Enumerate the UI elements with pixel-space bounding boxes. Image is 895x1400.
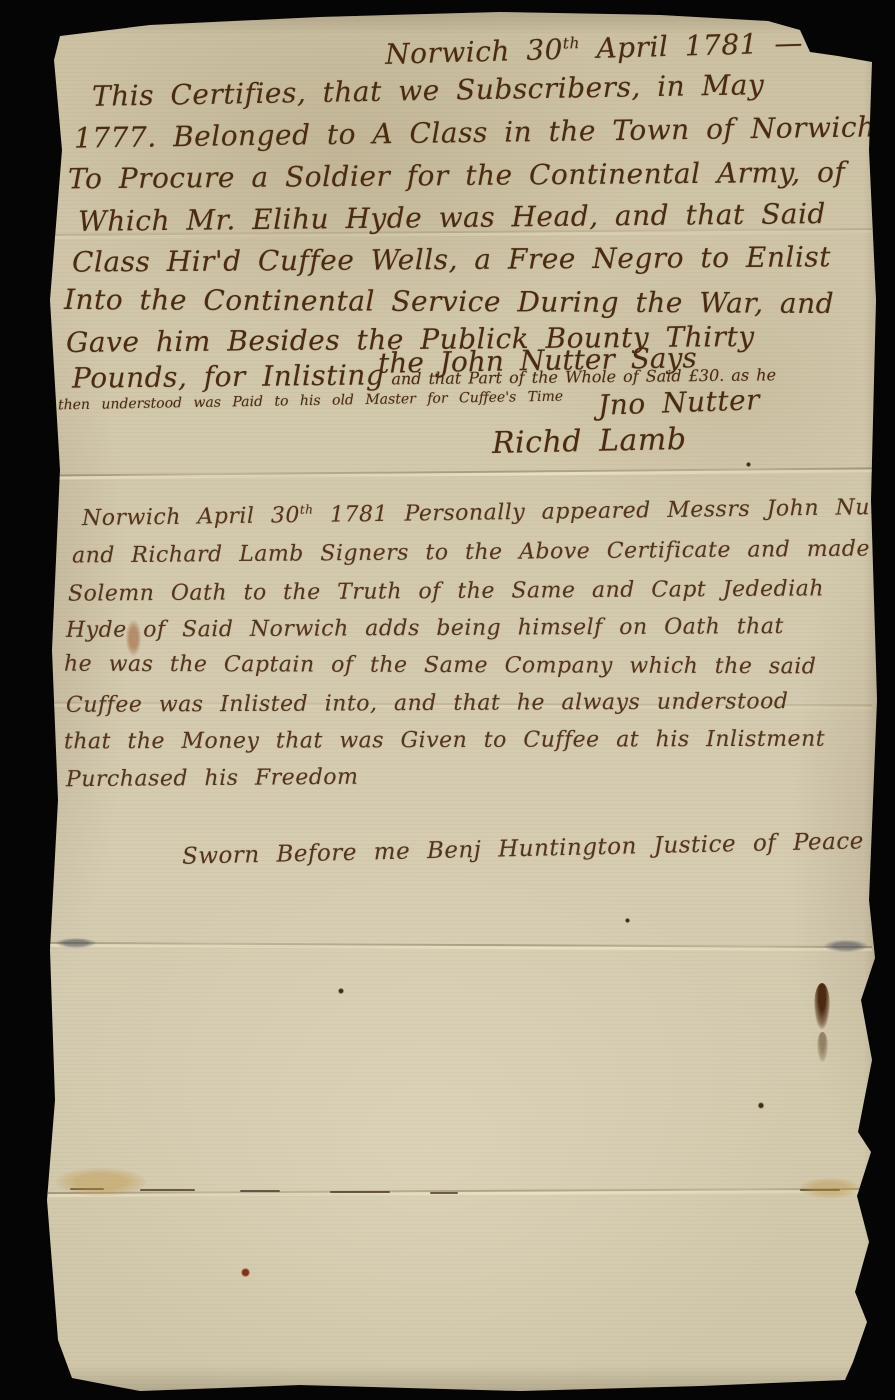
signature: Richd Lamb	[492, 422, 687, 461]
affidavit-date-rest: 1781 Personally appeared Messrs John Nut…	[313, 495, 895, 528]
crease-mark	[330, 1191, 390, 1193]
manuscript-line: Hyde of Said Norwich adds being himself …	[66, 614, 784, 643]
document-page: Norwich 30th April 1781 — This Certifies…	[0, 0, 895, 1400]
manuscript-line: This Certifies, that we Subscribers, in …	[92, 68, 765, 113]
manuscript-line: Purchased his Freedom	[66, 765, 359, 793]
stain	[338, 988, 344, 994]
manuscript-line: Cuffee was Inlisted into, and that he al…	[66, 689, 789, 718]
signature: Jno Nutter	[597, 383, 760, 422]
manuscript-line: Into the Continental Service During the …	[64, 283, 834, 320]
stain	[824, 940, 868, 952]
manuscript-dateline: Norwich 30th April 1781 —	[385, 26, 804, 71]
manuscript-line: and Richard Lamb Signers to the Above Ce…	[72, 537, 870, 569]
manuscript-line: Which Mr. Elihu Hyde was Head, and that …	[78, 197, 826, 238]
crease-mark	[800, 1189, 840, 1191]
crease-mark	[70, 1188, 104, 1190]
manuscript-line: 1777. Belonged to A Class in the Town of…	[74, 110, 876, 154]
attestation-line: Sworn Before me Benj Huntington Justice …	[182, 828, 864, 869]
pounds-line-large: Pounds, for Inlisting	[72, 358, 385, 394]
manuscript-line: Class Hir'd Cuffee Wells, a Free Negro t…	[72, 240, 831, 278]
affidavit-date-text: Norwich April 30	[82, 503, 300, 531]
stain	[758, 1102, 764, 1109]
fold-crease	[48, 942, 872, 951]
manuscript-line: he was the Captain of the Same Company w…	[64, 652, 816, 680]
manuscript-line: To Procure a Soldier for the Continental…	[68, 156, 845, 196]
crease-mark	[240, 1190, 280, 1192]
stain	[56, 1168, 146, 1196]
affidavit-date-ordinal: th	[300, 503, 314, 517]
stain	[817, 1032, 828, 1062]
fold-crease	[48, 467, 872, 479]
crease-mark	[430, 1192, 458, 1194]
stain	[241, 1268, 250, 1277]
manuscript-line: that the Money that was Given to Cuffee …	[64, 727, 825, 755]
manuscript-line: Norwich April 30th 1781 Personally appea…	[82, 494, 895, 531]
stain	[56, 938, 96, 948]
stain	[746, 462, 751, 467]
stain	[814, 983, 830, 1029]
stain	[625, 918, 630, 923]
dateline-text: Norwich 30	[385, 33, 564, 71]
manuscript-line: Solemn Oath to the Truth of the Same and…	[68, 576, 824, 606]
stain	[800, 1178, 860, 1198]
crease-mark	[140, 1189, 195, 1191]
dateline-ordinal: th	[563, 34, 581, 52]
dateline-rest: April 1781 —	[580, 26, 804, 65]
